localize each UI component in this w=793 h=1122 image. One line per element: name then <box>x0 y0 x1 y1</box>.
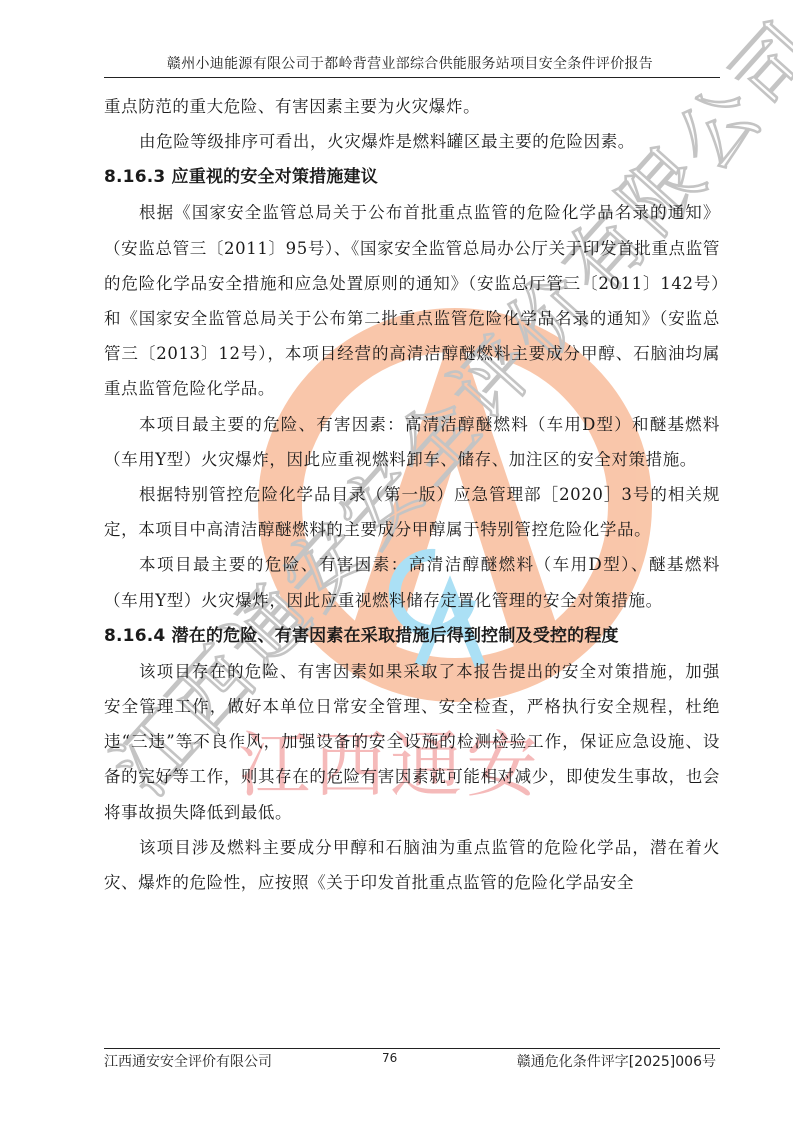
paragraph: 根据特别管控危险化学品目录（第一版）应急管理部［2020］3号的相关规定，本项目… <box>104 477 720 547</box>
running-header: 赣州小迪能源有限公司于都岭背营业部综合供能服务站项目安全条件评价报告 <box>104 53 716 73</box>
section-heading-8-16-3: 8.16.3 应重视的安全对策措施建议 <box>104 159 720 195</box>
paragraph: 该项目存在的危险、有害因素如果采取了本报告提出的安全对策措施，加强安全管理工作，… <box>104 654 720 830</box>
paragraph: 重点防范的重大危险、有害因素主要为火灾爆炸。 <box>104 89 720 124</box>
page-number: 76 <box>382 1051 397 1065</box>
footer-rule <box>104 1048 720 1049</box>
paragraph: 由危险等级排序可看出，火灾爆炸是燃料罐区最主要的危险因素。 <box>104 124 720 159</box>
paragraph: 本项目最主要的危险、有害因素：高清洁醇醚燃料（车用D型）和醚基燃料（车用Y型）火… <box>104 407 720 477</box>
document-body: 重点防范的重大危险、有害因素主要为火灾爆炸。 由危险等级排序可看出，火灾爆炸是燃… <box>104 89 720 900</box>
section-heading-8-16-4: 8.16.4 潜在的危险、有害因素在采取措施后得到控制及受控的程度 <box>104 618 720 654</box>
footer-company: 江西通安安全评价有限公司 <box>104 1051 272 1071</box>
header-rule <box>104 77 720 78</box>
running-footer: 江西通安安全评价有限公司 76 赣通危化条件评字[2025]006号 <box>104 1051 716 1073</box>
paragraph: 该项目涉及燃料主要成分甲醇和石脑油为重点监管的危险化学品，潜在着火灾、爆炸的危险… <box>104 830 720 900</box>
paragraph: 本项目最主要的危险、有害因素：高清洁醇醚燃料（车用D型）、醚基燃料（车用Y型）火… <box>104 547 720 617</box>
document-page: 赣州小迪能源有限公司于都岭背营业部综合供能服务站项目安全条件评价报告 江西通安安… <box>0 0 793 1122</box>
report-number: 赣通危化条件评字[2025]006号 <box>517 1051 716 1071</box>
paragraph: 根据《国家安全监管总局关于公布首批重点监管的危险化学品名录的通知》（安监总管三〔… <box>104 195 720 406</box>
